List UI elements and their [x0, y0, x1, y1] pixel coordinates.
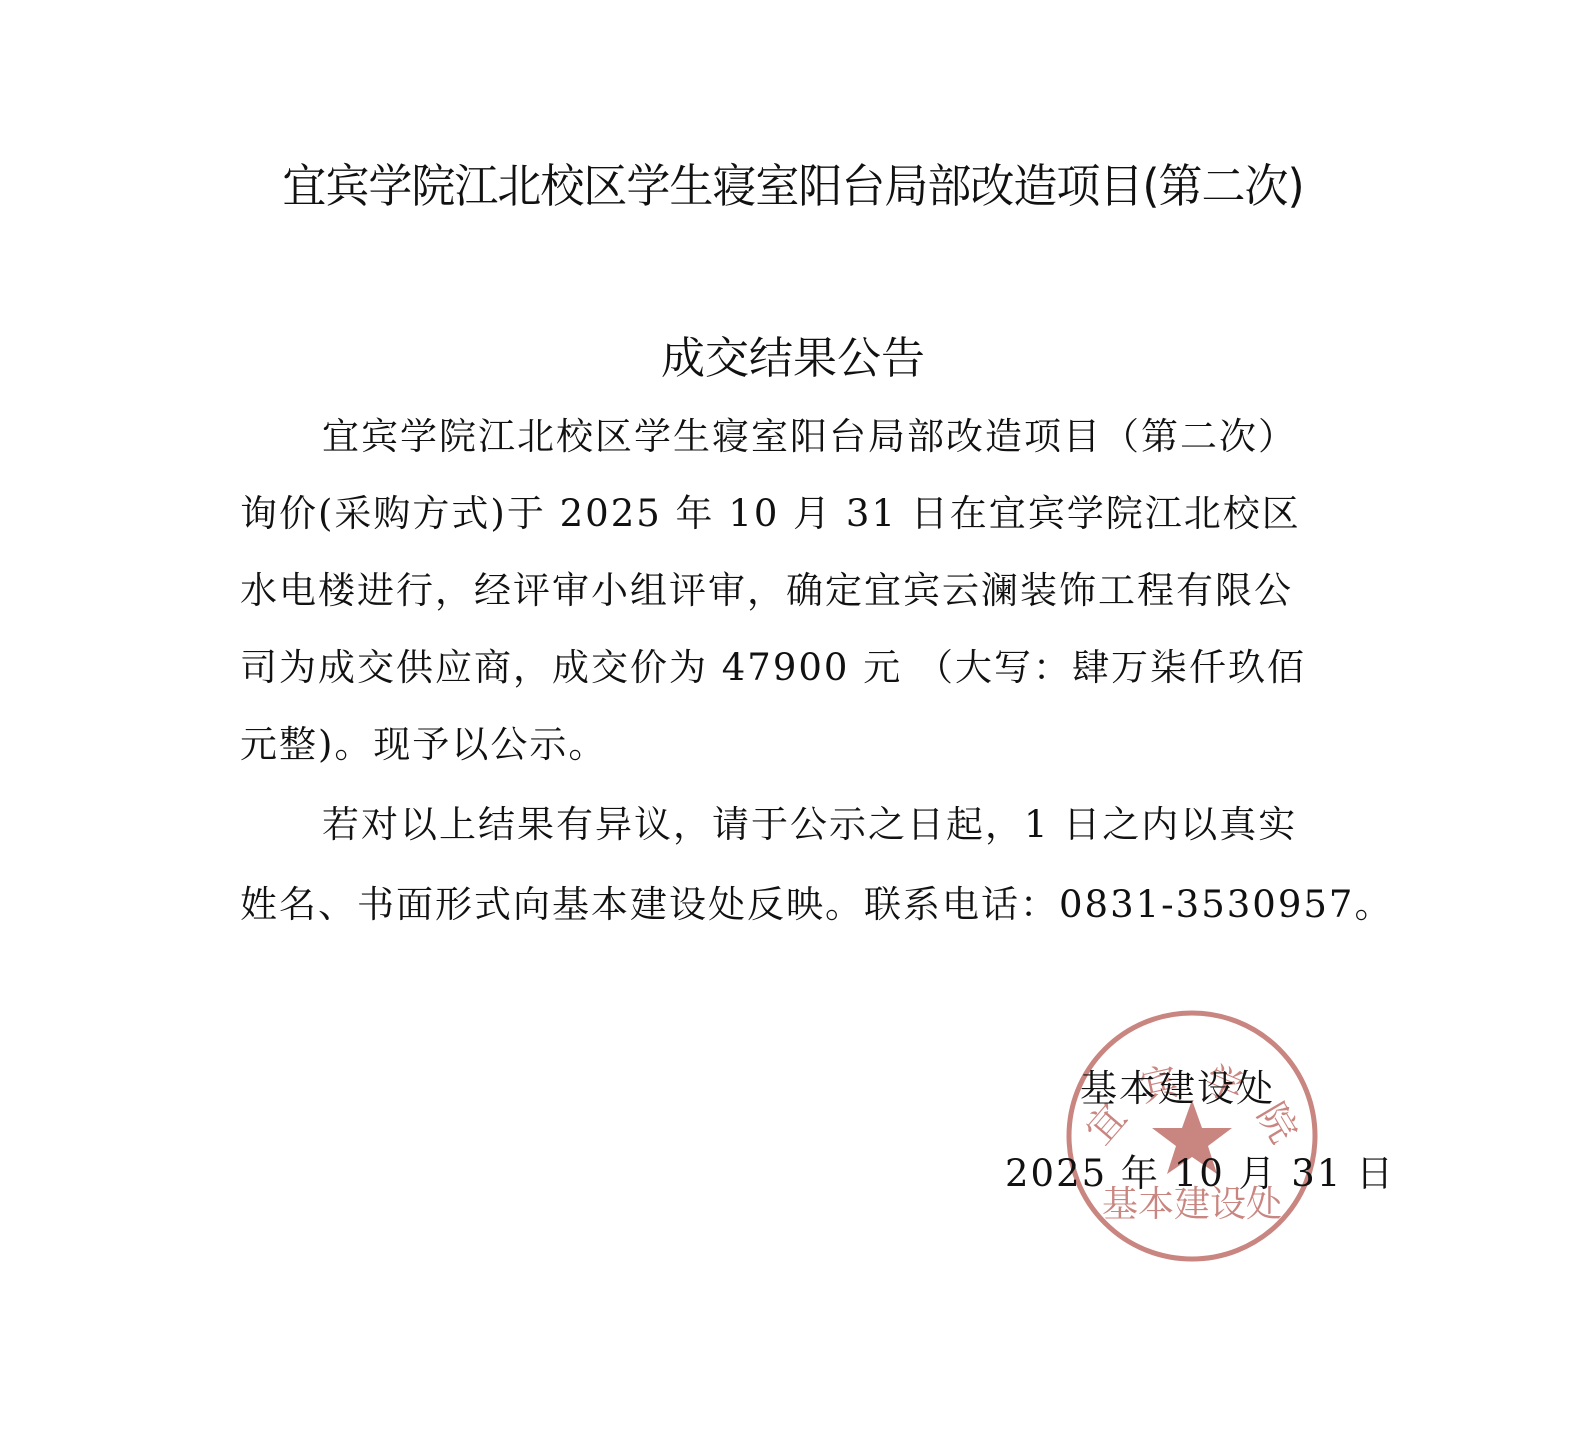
signature-date: 2025 年 10 月 31 日: [1005, 1143, 1395, 1197]
official-seal: 宜宾学院 基本建设处: [1064, 1008, 1320, 1264]
paragraph-line: 宜宾学院江北校区学生寝室阳台局部改造项目（第二次）: [322, 412, 1297, 462]
paragraph-line: 司为成交供应商，成交价为 47900 元 （大写：肆万柒仟玖佰: [240, 643, 1306, 693]
document-subtitle: 成交结果公告: [0, 322, 1586, 386]
signature-department: 基本建设处: [1080, 1058, 1275, 1112]
paragraph-line: 询价(采购方式)于 2025 年 10 月 31 日在宜宾学院江北校区: [240, 489, 1301, 539]
paragraph-line: 姓名、书面形式向基本建设处反映。联系电话：0831-3530957。: [240, 880, 1393, 930]
document-page: 宜宾学院江北校区学生寝室阳台局部改造项目(第二次) 成交结果公告 宜宾学院江北校…: [0, 0, 1586, 1445]
paragraph-line: 元整)。现予以公示。: [240, 720, 607, 770]
paragraph-line: 水电楼进行，经评审小组评审，确定宜宾云澜装饰工程有限公: [240, 566, 1293, 616]
document-title: 宜宾学院江北校区学生寝室阳台局部改造项目(第二次): [0, 148, 1586, 215]
paragraph-line: 若对以上结果有异议，请于公示之日起，1 日之内以真实: [322, 800, 1297, 850]
